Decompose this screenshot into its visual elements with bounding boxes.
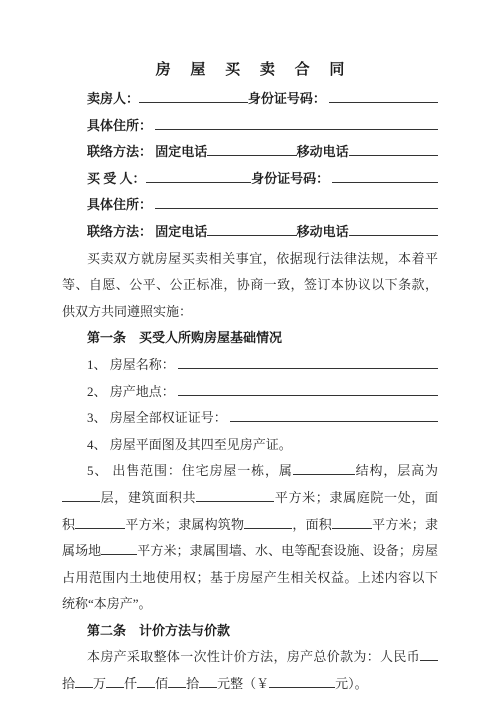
text-segment: 3、 房屋全部权证证号： [87, 405, 230, 432]
blank-field [155, 208, 438, 209]
blank-field [207, 235, 296, 236]
text-segment: 元）。 [335, 676, 368, 691]
text-segment: 身份证号码： [251, 166, 332, 193]
text-segment: 第一条 买受人所购房屋基础情况 [87, 330, 282, 345]
text-segment: ，面积 [292, 517, 332, 532]
blank-field [106, 686, 124, 688]
item-floor-plan: 4、 房屋平面图及其四至见房产证。 [62, 432, 438, 459]
text-segment: 联络方法： 固定电话 [87, 139, 207, 166]
text-segment: 身份证号码： [248, 86, 329, 113]
blank-field [349, 155, 438, 156]
blank-field [168, 686, 186, 688]
item-property-location: 2、 房产地点： [62, 379, 438, 406]
price-paragraph: 本房产采取整体一次性计价方法，房产总价款为：人民币拾万仟佰拾元整（￥元）。 [62, 644, 438, 697]
item-sale-scope: 5、 出售范围：住宅房屋一栋，属结构，层高为层，建筑面积共平方米；隶属庭院一处，… [62, 458, 438, 618]
text-segment: 拾 [62, 676, 75, 691]
blank-field [139, 102, 248, 103]
blank-field [137, 686, 155, 688]
blank-field [420, 659, 438, 661]
document-body: 卖房人：身份证号码： 具体住所： 联络方法： 固定电话移动电话买 受 人：身份证… [62, 86, 438, 698]
item-house-name: 1、 房屋名称： [62, 352, 438, 379]
blank-field [178, 368, 438, 369]
text-segment: 5、 出售范围：住宅房屋一栋，属 [87, 463, 293, 478]
blank-field [101, 553, 137, 555]
blank-field [155, 129, 438, 130]
text-segment: 买卖双方就房屋买卖相关事宜，依据现行法律法规，本着平等、自愿、公平、公正标准，协… [62, 251, 438, 319]
article-1-heading: 第一条 买受人所购房屋基础情况 [62, 325, 438, 352]
blank-field [196, 500, 274, 502]
preamble-paragraph: 买卖双方就房屋买卖相关事宜，依据现行法律法规，本着平等、自愿、公平、公正标准，协… [62, 246, 438, 326]
buyer-contact-line: 联络方法： 固定电话移动电话 [62, 219, 438, 246]
text-segment: 仟 [124, 676, 137, 691]
text-segment: 4、 房屋平面图及其四至见房产证。 [87, 437, 292, 452]
text-segment: 拾 [186, 676, 199, 691]
blank-field [62, 500, 100, 502]
text-segment: 万 [93, 676, 106, 691]
blank-field [269, 686, 335, 688]
text-segment: 元整（￥ [217, 676, 269, 691]
seller-name-line: 卖房人：身份证号码： [62, 86, 438, 113]
text-segment: 层，建筑面积共 [100, 490, 196, 505]
text-segment: 买 受 人： [87, 166, 146, 193]
blank-field [75, 527, 125, 529]
blank-field [199, 686, 217, 688]
blank-field [332, 527, 372, 529]
blank-field [349, 235, 438, 236]
text-segment: 联络方法： 固定电话 [87, 219, 207, 246]
text-segment: 佰 [155, 676, 168, 691]
buyer-name-line: 买 受 人：身份证号码： [62, 166, 438, 193]
text-segment: 平方米；隶属构筑物 [125, 517, 244, 532]
text-segment: 第二条 计价方法与价款 [87, 623, 230, 638]
article-2-heading: 第二条 计价方法与价款 [62, 618, 438, 645]
blank-field [178, 395, 438, 396]
text-segment: 具体住所： [87, 113, 155, 140]
text-segment: 本房产采取整体一次性计价方法，房产总价款为：人民币 [87, 649, 420, 664]
blank-field [75, 686, 93, 688]
item-ownership-cert-no: 3、 房屋全部权证证号： [62, 405, 438, 432]
text-segment: 1、 房屋名称： [87, 352, 178, 379]
blank-field [230, 421, 438, 422]
text-segment: 移动电话 [297, 139, 349, 166]
seller-address-line: 具体住所： [62, 113, 438, 140]
seller-contact-line: 联络方法： 固定电话移动电话 [62, 139, 438, 166]
blank-field [207, 155, 296, 156]
text-segment: 具体住所： [87, 192, 155, 219]
text-segment: 卖房人： [87, 86, 139, 113]
blank-field [332, 182, 438, 183]
text-segment: 结构，层高为 [355, 463, 438, 478]
blank-field [146, 182, 252, 183]
blank-field [244, 527, 292, 529]
text-segment: 移动电话 [297, 219, 349, 246]
contract-page: 房 屋 买 卖 合 同 卖房人：身份证号码： 具体住所： 联络方法： 固定电话移… [0, 0, 500, 707]
text-segment: 2、 房产地点： [87, 379, 178, 406]
blank-field [293, 473, 355, 475]
document-title: 房 屋 买 卖 合 同 [62, 57, 438, 84]
buyer-address-line: 具体住所： [62, 192, 438, 219]
blank-field [329, 102, 438, 103]
